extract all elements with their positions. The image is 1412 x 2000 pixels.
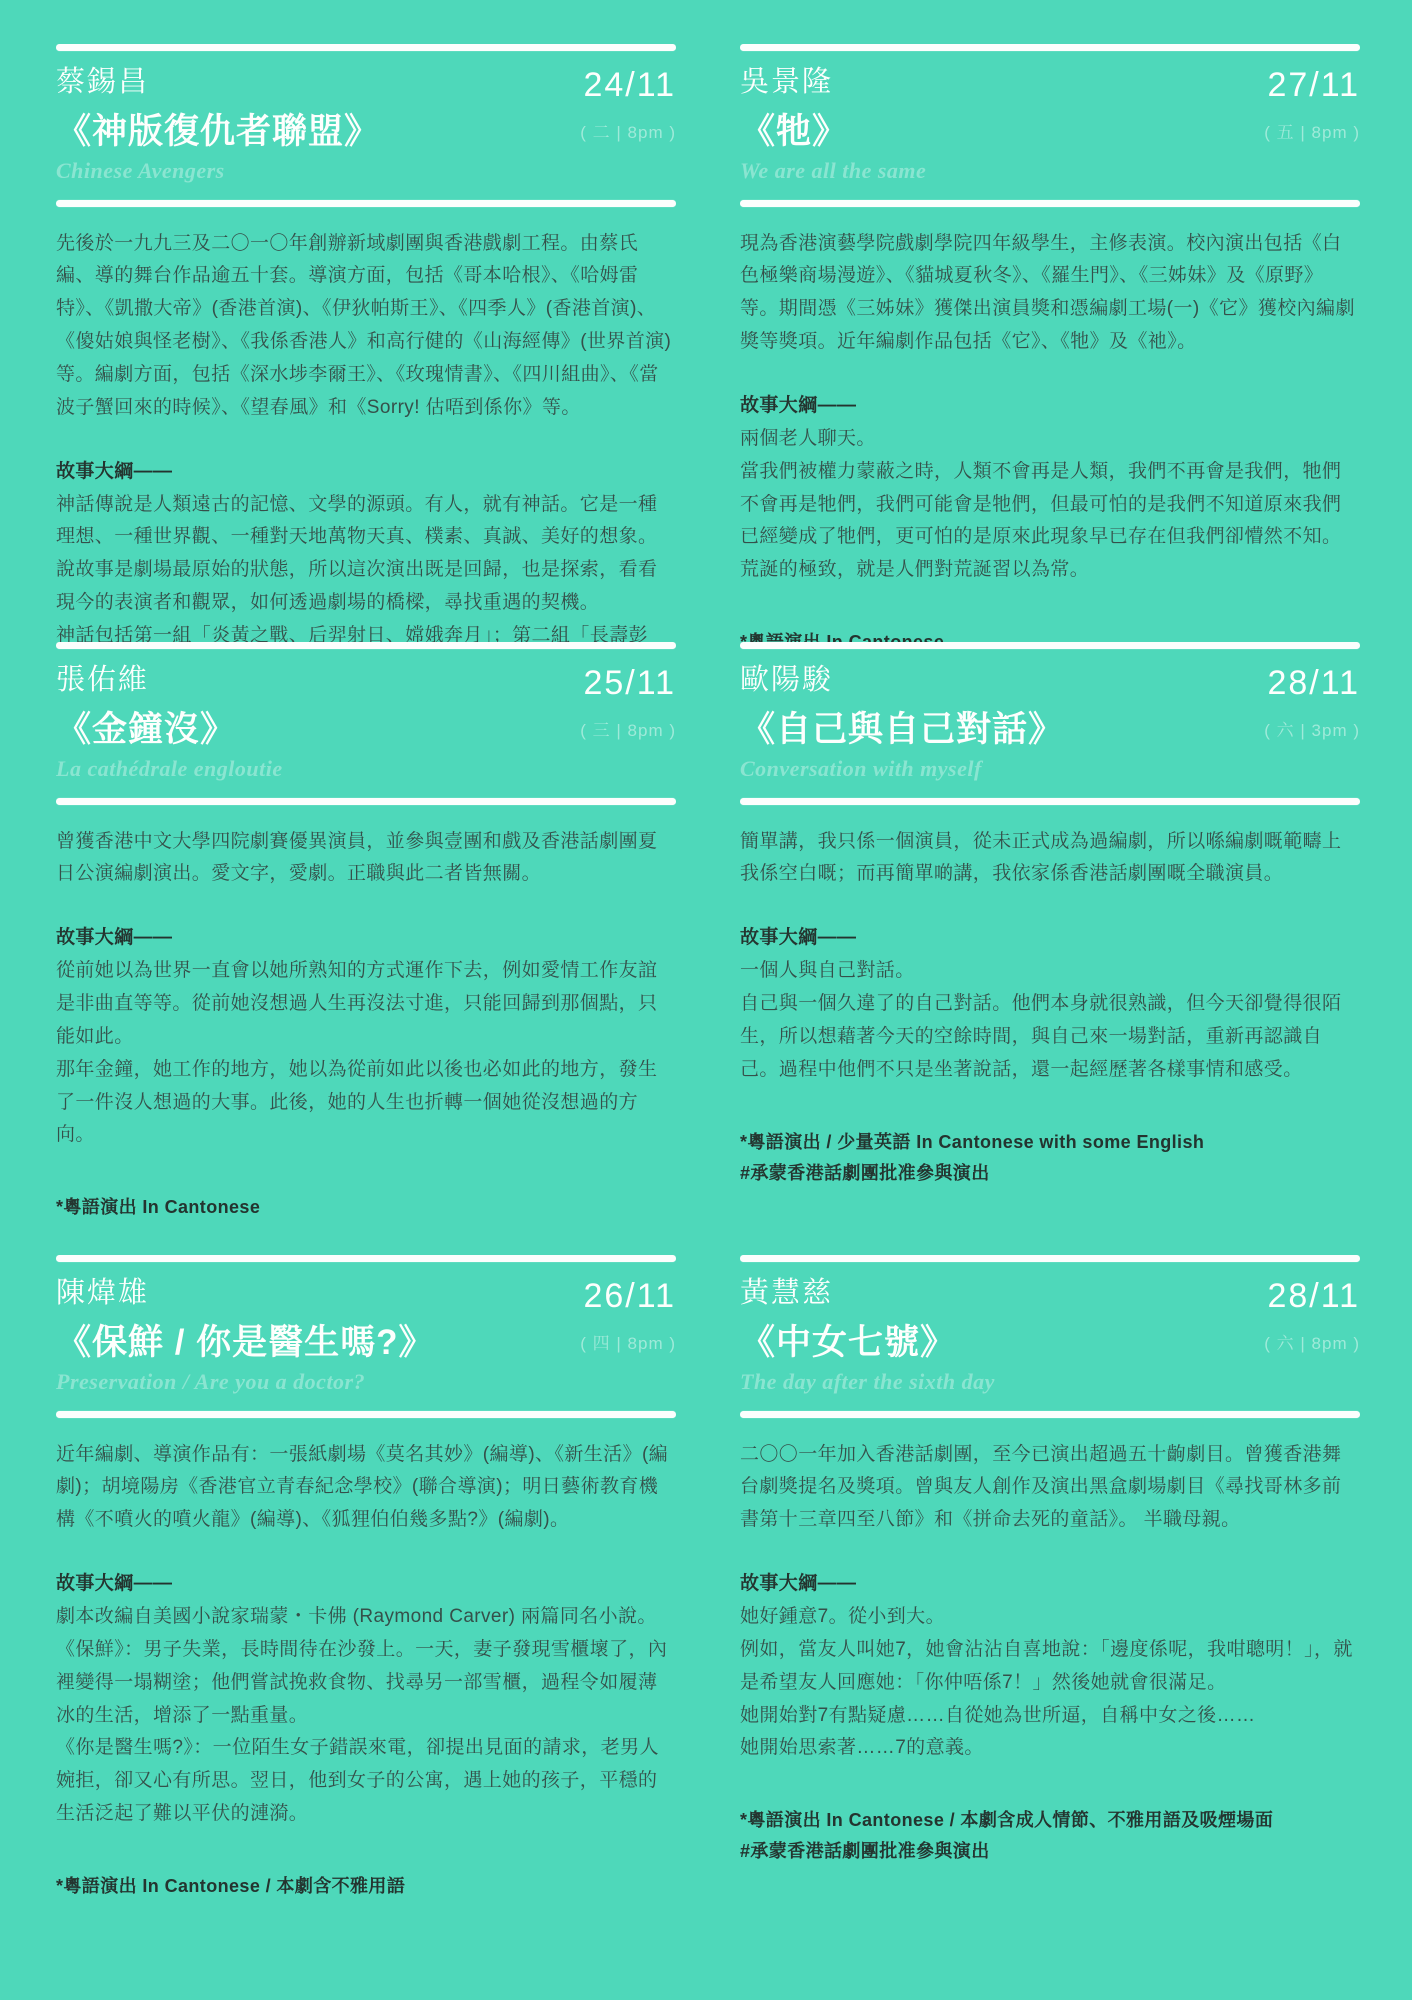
show-header: 歐陽駿 《自己與自己對話》 Conversation with myself 2… bbox=[740, 663, 1360, 784]
show-date: 25/11 bbox=[580, 665, 676, 702]
synopsis-text: 從前她以為世界一直會以她所熟知的方式運作下去，例如愛情工作友誼是非曲直等等。從前… bbox=[56, 955, 676, 1152]
show-header-right: 27/11 ( 五 | 8pm ) bbox=[1264, 65, 1360, 143]
synopsis-label: 故事大綱—— bbox=[56, 922, 676, 955]
show-card: 歐陽駿 《自己與自己對話》 Conversation with myself 2… bbox=[740, 642, 1360, 1255]
bio-text: 近年編劇、導演作品有：一張紙劇場《莫名其妙》(編導)、《新生活》(編劇)；胡境陽… bbox=[56, 1439, 676, 1538]
show-title-english: La cathédrale engloutie bbox=[56, 756, 580, 784]
divider-rule bbox=[740, 798, 1360, 805]
divider-rule bbox=[740, 44, 1360, 51]
brochure-page: 蔡錫昌 《神版復仇者聯盟》 Chinese Avengers 24/11 ( 二… bbox=[0, 0, 1412, 2000]
show-time: ( 二 | 8pm ) bbox=[580, 118, 676, 143]
show-title: 《金鐘沒》 bbox=[56, 708, 580, 752]
synopsis-text: 兩個老人聊天。 當我們被權力蒙蔽之時，人類不會再是人類，我們不再會是我們，牠們不… bbox=[740, 423, 1360, 587]
author-name: 蔡錫昌 bbox=[56, 65, 580, 100]
synopsis-label: 故事大綱—— bbox=[56, 456, 676, 489]
divider-rule bbox=[740, 642, 1360, 649]
divider-rule bbox=[56, 798, 676, 805]
show-title: 《自己與自己對話》 bbox=[740, 708, 1264, 752]
show-title: 《中女七號》 bbox=[740, 1321, 1264, 1365]
author-name: 陳煒雄 bbox=[56, 1276, 580, 1311]
show-header: 陳煒雄 《保鮮 / 你是醫生嗎?》 Preservation / Are you… bbox=[56, 1276, 676, 1397]
author-name: 黃慧慈 bbox=[740, 1276, 1264, 1311]
show-title-english: Chinese Avengers bbox=[56, 158, 580, 186]
author-name: 張佑維 bbox=[56, 663, 580, 698]
divider-rule bbox=[740, 200, 1360, 207]
synopsis-text: 劇本改編自美國小說家瑞蒙・卡佛 (Raymond Carver) 兩篇同名小說。… bbox=[56, 1601, 676, 1831]
divider-rule bbox=[740, 1411, 1360, 1418]
divider-rule bbox=[56, 1411, 676, 1418]
show-header: 蔡錫昌 《神版復仇者聯盟》 Chinese Avengers 24/11 ( 二… bbox=[56, 65, 676, 186]
show-header-left: 蔡錫昌 《神版復仇者聯盟》 Chinese Avengers bbox=[56, 65, 580, 186]
synopsis-label: 故事大綱—— bbox=[740, 390, 1360, 423]
show-time: ( 四 | 8pm ) bbox=[580, 1329, 676, 1354]
show-header-left: 張佑維 《金鐘沒》 La cathédrale engloutie bbox=[56, 663, 580, 784]
show-title: 《保鮮 / 你是醫生嗎?》 bbox=[56, 1321, 580, 1365]
show-header-right: 28/11 ( 六 | 8pm ) bbox=[1264, 1276, 1360, 1354]
show-header-left: 吳景隆 《牠》 We are all the same bbox=[740, 65, 1264, 186]
show-title-english: Conversation with myself bbox=[740, 756, 1264, 784]
show-card: 黃慧慈 《中女七號》 The day after the sixth day 2… bbox=[740, 1255, 1360, 1957]
bio-text: 簡單講，我只係一個演員，從未正式成為過編劇，所以喺編劇嘅範疇上我係空白嘅；而再簡… bbox=[740, 826, 1360, 892]
show-date: 24/11 bbox=[580, 67, 676, 104]
show-date: 26/11 bbox=[580, 1278, 676, 1315]
show-header-right: 24/11 ( 二 | 8pm ) bbox=[580, 65, 676, 143]
show-card: 蔡錫昌 《神版復仇者聯盟》 Chinese Avengers 24/11 ( 二… bbox=[56, 44, 676, 642]
show-title-english: We are all the same bbox=[740, 158, 1264, 186]
bio-text: 二〇〇一年加入香港話劇團，至今已演出超過五十齣劇目。曾獲香港舞台劇獎提名及獎項。… bbox=[740, 1439, 1360, 1538]
author-name: 歐陽駿 bbox=[740, 663, 1264, 698]
bio-text: 先後於一九九三及二〇一〇年創辦新域劇團與香港戲劇工程。由蔡氏編、導的舞台作品逾五… bbox=[56, 228, 676, 425]
show-card: 吳景隆 《牠》 We are all the same 27/11 ( 五 | … bbox=[740, 44, 1360, 642]
divider-rule bbox=[56, 200, 676, 207]
show-title-english: Preservation / Are you a doctor? bbox=[56, 1369, 580, 1397]
show-header: 黃慧慈 《中女七號》 The day after the sixth day 2… bbox=[740, 1276, 1360, 1397]
show-time: ( 三 | 8pm ) bbox=[580, 716, 676, 741]
show-time: ( 六 | 8pm ) bbox=[1264, 1329, 1360, 1354]
show-header-left: 黃慧慈 《中女七號》 The day after the sixth day bbox=[740, 1276, 1264, 1397]
show-time: ( 六 | 3pm ) bbox=[1264, 716, 1360, 741]
divider-rule bbox=[56, 1255, 676, 1262]
author-name: 吳景隆 bbox=[740, 65, 1264, 100]
notes-text: *粵語演出 In Cantonese #承蒙香港演藝學院批准參與演出 bbox=[740, 627, 1360, 642]
show-header-right: 26/11 ( 四 | 8pm ) bbox=[580, 1276, 676, 1354]
show-card: 張佑維 《金鐘沒》 La cathédrale engloutie 25/11 … bbox=[56, 642, 676, 1255]
show-title-english: The day after the sixth day bbox=[740, 1369, 1264, 1397]
show-card: 陳煒雄 《保鮮 / 你是醫生嗎?》 Preservation / Are you… bbox=[56, 1255, 676, 1957]
show-header-right: 25/11 ( 三 | 8pm ) bbox=[580, 663, 676, 741]
divider-rule bbox=[56, 44, 676, 51]
show-header-left: 歐陽駿 《自己與自己對話》 Conversation with myself bbox=[740, 663, 1264, 784]
synopsis-label: 故事大綱—— bbox=[56, 1568, 676, 1601]
show-title: 《神版復仇者聯盟》 bbox=[56, 110, 580, 154]
notes-text: *粵語演出 In Cantonese / 本劇含成人情節、不雅用語及吸煙場面 #… bbox=[740, 1805, 1360, 1867]
synopsis-text: 她好鍾意7。從小到大。 例如，當友人叫她7，她會沾沾自喜地說：「邊度係呢，我咁聰… bbox=[740, 1601, 1360, 1765]
shows-grid: 蔡錫昌 《神版復仇者聯盟》 Chinese Avengers 24/11 ( 二… bbox=[56, 44, 1360, 1957]
show-header: 張佑維 《金鐘沒》 La cathédrale engloutie 25/11 … bbox=[56, 663, 676, 784]
synopsis-text: 神話傳說是人類遠古的記憶、文學的源頭。有人，就有神話。它是一種理想、一種世界觀、… bbox=[56, 489, 676, 642]
bio-text: 現為香港演藝學院戲劇學院四年級學生，主修表演。校內演出包括《白色極樂商場漫遊》、… bbox=[740, 228, 1360, 359]
show-header-right: 28/11 ( 六 | 3pm ) bbox=[1264, 663, 1360, 741]
synopsis-text: 一個人與自己對話。 自己與一個久違了的自己對話。他們本身就很熟識，但今天卻覺得很… bbox=[740, 955, 1360, 1086]
notes-text: *粵語演出 / 少量英語 In Cantonese with some Engl… bbox=[740, 1127, 1360, 1189]
notes-text: *粵語演出 In Cantonese / 本劇含不雅用語 bbox=[56, 1871, 676, 1902]
show-time: ( 五 | 8pm ) bbox=[1264, 118, 1360, 143]
show-date: 27/11 bbox=[1264, 67, 1360, 104]
show-date: 28/11 bbox=[1264, 665, 1360, 702]
synopsis-label: 故事大綱—— bbox=[740, 1568, 1360, 1601]
show-header-left: 陳煒雄 《保鮮 / 你是醫生嗎?》 Preservation / Are you… bbox=[56, 1276, 580, 1397]
divider-rule bbox=[56, 642, 676, 649]
show-header: 吳景隆 《牠》 We are all the same 27/11 ( 五 | … bbox=[740, 65, 1360, 186]
show-date: 28/11 bbox=[1264, 1278, 1360, 1315]
notes-text: *粵語演出 In Cantonese bbox=[56, 1192, 676, 1223]
divider-rule bbox=[740, 1255, 1360, 1262]
show-title: 《牠》 bbox=[740, 110, 1264, 154]
synopsis-label: 故事大綱—— bbox=[740, 922, 1360, 955]
bio-text: 曾獲香港中文大學四院劇賽優異演員，並參與壹團和戲及香港話劇團夏日公演編劇演出。愛… bbox=[56, 826, 676, 892]
